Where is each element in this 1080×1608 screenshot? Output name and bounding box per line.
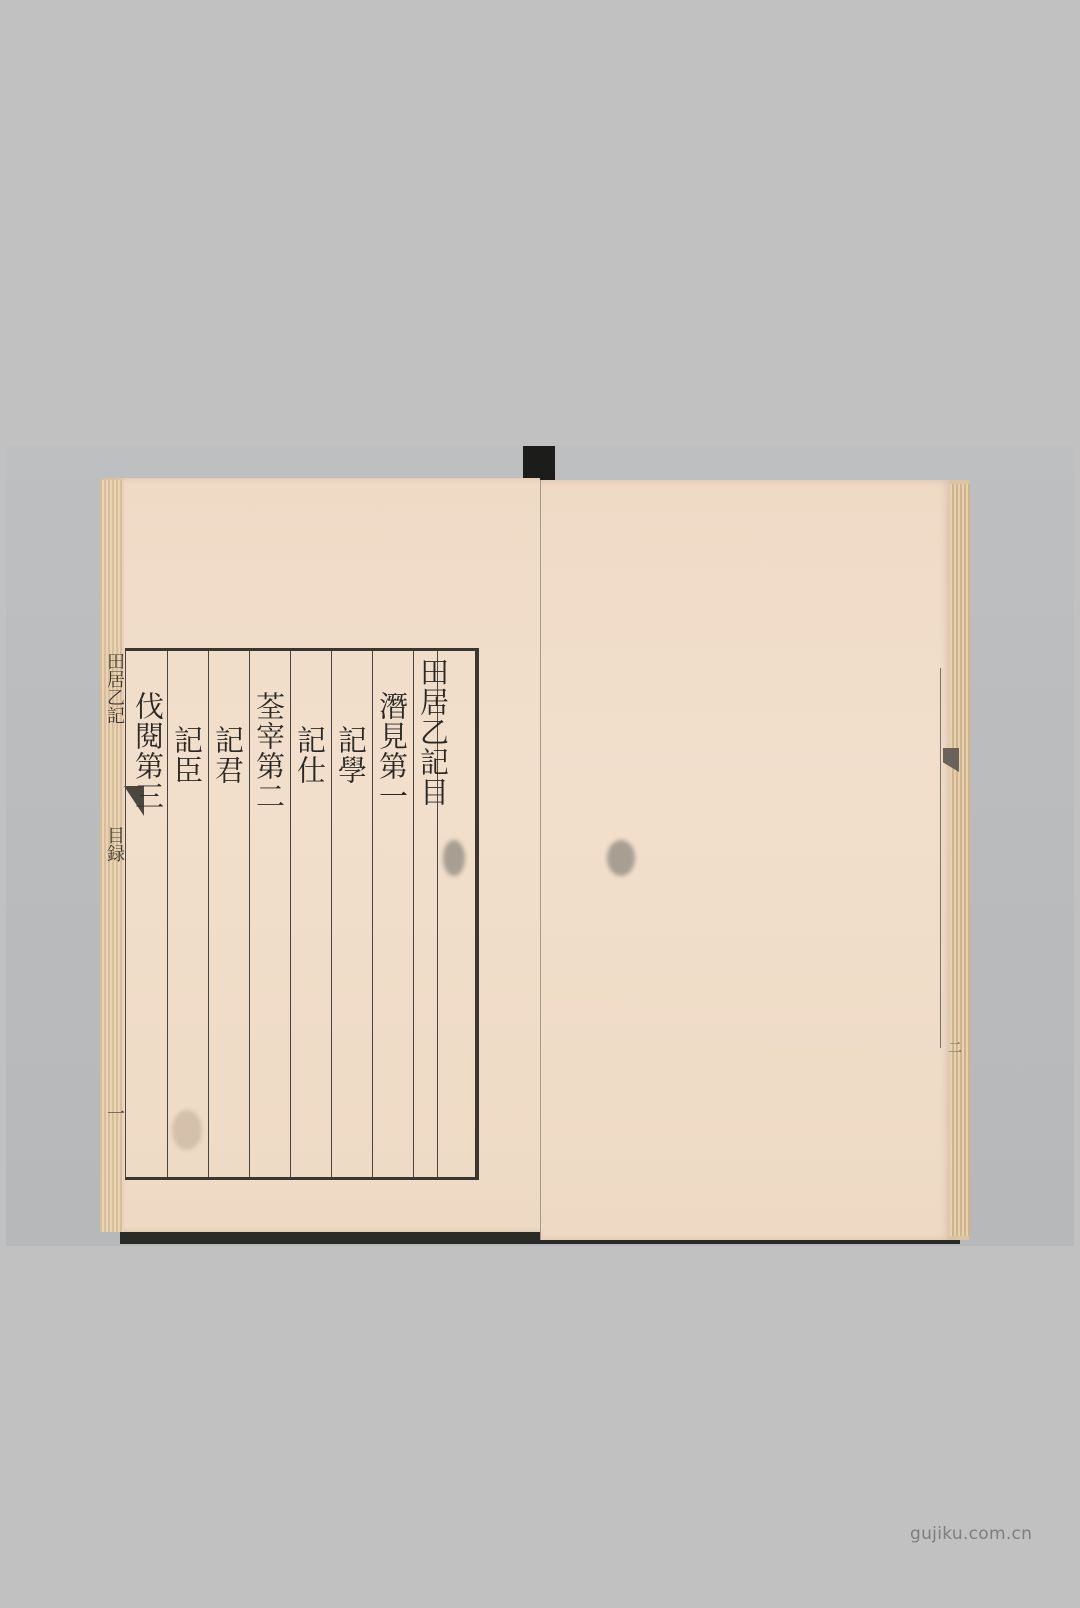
stain-mark (443, 840, 465, 876)
right-leaf-number: 二 (944, 1040, 964, 1054)
toc-entry-section: 記臣 (170, 725, 204, 785)
right-page (540, 480, 969, 1240)
toc-entry-section: 記仕 (293, 725, 327, 785)
column-rule (290, 651, 291, 1177)
watermark: gujiku.com.cn (910, 1524, 1032, 1544)
column-rule (331, 651, 332, 1177)
column-rule (125, 651, 126, 1177)
column-rule (372, 651, 373, 1177)
toc-entry-section: 記學 (334, 725, 368, 785)
column-rule (249, 651, 250, 1177)
toc-entry-section: 記君 (211, 725, 245, 785)
toc-entry-chapter-3: 伐閱第三 (131, 691, 165, 811)
banxin-section: 目録 (104, 826, 125, 862)
column-rule (167, 651, 168, 1177)
right-fore-edge (950, 484, 970, 1236)
toc-title: 田居乙記目 (416, 657, 450, 807)
banxin-book-title: 田居乙記 (104, 652, 125, 724)
stain-mark (172, 1110, 202, 1150)
toc-entry-chapter-1: 潛見第一 (375, 691, 409, 811)
right-frame-rule (940, 668, 941, 1048)
toc-entry-chapter-2: 荃宰第二 (252, 691, 286, 811)
column-rule (208, 651, 209, 1177)
stain-mark (607, 840, 635, 876)
banxin-leaf-number: 一 (104, 1104, 125, 1122)
banxin: 田居乙記 目録 一 (103, 652, 125, 1192)
toc-frame: 田居乙記目 潛見第一 記學 記仕 荃宰第二 記君 記臣 伐閱第三 (125, 648, 479, 1180)
spine-shadow (523, 446, 555, 480)
column-rule (413, 651, 414, 1177)
